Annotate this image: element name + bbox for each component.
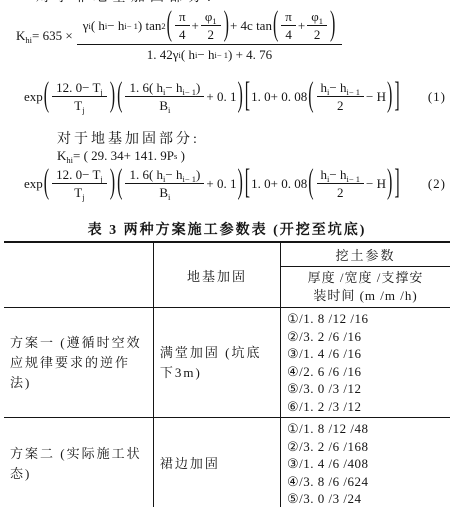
formula-lhs-symbol: Khi — [57, 148, 73, 164]
value-line: ④/3. 8 /6 /624 — [287, 473, 444, 491]
scheme-1-values: ①/1. 8 /12 /16 ②/3. 2 /6 /16 ③/1. 4 /6 /… — [281, 308, 450, 418]
fraction-numerator: 1. 6( hi− hi− 1) — [125, 167, 204, 184]
phi-over-2-fraction: φ12 — [307, 9, 327, 42]
main-fraction-denominator: 1. 42γi( hi− hi− 1) + 4. 76 — [147, 45, 272, 63]
subscript-j: j — [100, 87, 102, 97]
fraction-denominator: 2 — [208, 26, 215, 42]
section-heading-reinforced: 对于地基加固部分: — [57, 128, 200, 148]
table-title: 表 3 两种方案施工参数表 (开挖至坑底) — [0, 219, 454, 239]
main-fraction-numerator: γi( hi− hi− 1) tan2 ( π4 + φ12 ) + 4c ta… — [77, 9, 343, 45]
h-term-open: ( h — [91, 18, 105, 34]
one-plus-008-term: 1. 0+ 0. 08 — [251, 89, 307, 105]
subscript-i-minus-1: i− 1 — [347, 174, 361, 184]
right-paren: ) — [224, 8, 229, 42]
fraction-denominator: 4 — [285, 26, 292, 42]
header-row-top: 地基加固 挖土参数 — [4, 242, 450, 267]
scheme-1-reinforcement: 满堂加固 (坑底下3m) — [153, 308, 280, 418]
right-paren: ) — [387, 166, 392, 200]
fraction-denominator: 2 — [337, 184, 344, 200]
depth-fraction: hi− hi− 12 — [317, 80, 365, 113]
one-plus-008-term: 1. 0+ 0. 08 — [251, 176, 307, 192]
equation-1: exp ( 12. 0− TjTj ) ( 1. 6( hi− hi− 1)Bi… — [24, 80, 446, 113]
phi-over-2-fraction: φ12 — [201, 9, 221, 42]
value-line: ④/2. 6 /6 /16 — [287, 363, 444, 381]
plus-4c-tan: + 4c tan — [230, 18, 272, 34]
formula-khi-definition: Khi= 635 × γi( hi− hi− 1) tan2 ( π4 + φ1… — [16, 9, 448, 63]
header-detail-line2: 装时间 (m /m /h) — [287, 287, 444, 305]
depth-fraction: hi− hi− 12 — [317, 167, 365, 200]
equals-coefficient: = 635 × — [32, 28, 73, 44]
left-paren: ( — [308, 79, 313, 113]
formula-khi-reinforced: Khi = ( 29. 34+ 141. 9Ps ) — [57, 148, 185, 164]
clipped-text: 对于非地基加固部分: — [36, 0, 216, 7]
right-paren: ) — [110, 79, 115, 113]
value-line: ⑤/3. 0 /3 /12 — [287, 380, 444, 398]
scheme-2-label: 方案二 (实际施工状态) — [4, 418, 153, 507]
exp-operator: exp — [24, 176, 43, 192]
plus-01-term: + 0. 1 — [206, 89, 236, 105]
fraction-numerator: π — [281, 9, 296, 26]
left-paren: ( — [167, 8, 172, 42]
right-paren: ) — [387, 79, 392, 113]
value-line: ⑥/1. 2 /3 /12 — [287, 398, 444, 416]
value-line: ⑤/3. 0 /3 /24 — [287, 490, 444, 507]
close-tan: ) tan — [138, 18, 161, 34]
subscript-i-minus-1: i− 1 — [183, 174, 197, 184]
subscript-j: j — [82, 192, 84, 202]
rhs-close: ) — [177, 148, 185, 164]
rhs-expression: = ( 29. 34+ 141. 9P — [73, 148, 174, 164]
plus-01-term: + 0. 1 — [206, 176, 236, 192]
construction-parameters-table: 地基加固 挖土参数 厚度 /宽度 /支撑安 装时间 (m /m /h) 方案一 … — [4, 241, 450, 507]
plus-sign: + — [192, 18, 199, 34]
equation-number-2: (2) — [428, 176, 446, 192]
fraction-denominator: Tj — [74, 184, 84, 200]
scheme-2-values: ①/1. 8 /12 /48 ②/3. 2 /6 /168 ③/1. 4 /6 … — [281, 418, 450, 507]
fraction-numerator: φ1 — [201, 9, 221, 26]
subscript-1: 1 — [212, 16, 216, 26]
right-bracket: ] — [394, 79, 399, 114]
minus-h: − h — [197, 47, 214, 63]
minus-H-term: − H — [366, 89, 386, 105]
subscript-1: 1 — [319, 16, 323, 26]
equation-number-1: (1) — [428, 89, 446, 105]
scheme-1-label: 方案一 (遵循时空效应规律要求的逆作法) — [4, 308, 153, 418]
table-row-scheme-2: 方案二 (实际施工状态) 裙边加固 ①/1. 8 /12 /48 ②/3. 2 … — [4, 418, 450, 507]
den-prefix: 1. 42γ — [147, 47, 179, 63]
subscript-i: i — [168, 192, 170, 202]
den-suffix: ) + 4. 76 — [228, 47, 272, 63]
subscript-i-minus-1: i− 1 — [183, 87, 197, 97]
scheme-2-reinforcement: 裙边加固 — [153, 418, 280, 507]
left-paren: ( — [117, 79, 122, 113]
pi-over-4-fraction: π4 — [281, 9, 296, 42]
paper-page: 对于非地基加固部分: Khi= 635 × γi( hi− hi− 1) tan… — [0, 0, 454, 507]
width-fraction: 1. 6( hi− hi− 1)Bi — [125, 167, 204, 200]
left-paren: ( — [273, 8, 278, 42]
left-paren: ( — [308, 166, 313, 200]
fraction-denominator: Bi — [159, 184, 170, 200]
header-detail-line1: 厚度 /宽度 /支撑安 — [287, 269, 444, 287]
value-line: ②/3. 2 /6 /168 — [287, 438, 444, 456]
subscript-hi: hi — [66, 155, 73, 165]
header-reinforcement: 地基加固 — [153, 242, 280, 308]
fraction-numerator: 12. 0− Tj — [52, 167, 107, 184]
right-paren: ) — [110, 166, 115, 200]
fraction-denominator: 4 — [179, 26, 186, 42]
subscript-i: i — [168, 105, 170, 115]
left-paren: ( — [117, 166, 122, 200]
fraction-numerator: π — [175, 9, 190, 26]
pi-over-4-fraction: π4 — [175, 9, 190, 42]
header-dig-params: 挖土参数 — [281, 242, 450, 267]
value-line: ②/3. 2 /6 /16 — [287, 328, 444, 346]
fraction-denominator: 2 — [314, 26, 321, 42]
value-line: ①/1. 8 /12 /16 — [287, 310, 444, 328]
h-term-open: ( h — [181, 47, 195, 63]
exp-operator: exp — [24, 89, 43, 105]
subscript-hi: hi — [25, 35, 32, 45]
value-line: ③/1. 4 /6 /16 — [287, 345, 444, 363]
fraction-numerator: 1. 6( hi− hi− 1) — [125, 80, 204, 97]
left-bracket: [ — [245, 79, 250, 114]
fraction-numerator: hi− hi− 1 — [317, 80, 365, 97]
right-paren: ) — [237, 166, 242, 200]
right-bracket: ] — [394, 166, 399, 201]
header-dig-params-detail: 厚度 /宽度 /支撑安 装时间 (m /m /h) — [281, 267, 450, 308]
header-scheme-empty — [4, 242, 153, 308]
fraction-numerator: 12. 0− Tj — [52, 80, 107, 97]
right-paren: ) — [330, 8, 335, 42]
fraction-numerator: φ1 — [307, 9, 327, 26]
subscript-j: j — [100, 174, 102, 184]
left-paren: ( — [44, 79, 49, 113]
clipped-text-line: 对于非地基加固部分: — [36, 0, 216, 7]
fraction-denominator: 2 — [337, 97, 344, 113]
table-row-scheme-1: 方案一 (遵循时空效应规律要求的逆作法) 满堂加固 (坑底下3m) ①/1. 8… — [4, 308, 450, 418]
main-fraction: γi( hi− hi− 1) tan2 ( π4 + φ12 ) + 4c ta… — [77, 9, 343, 63]
minus-h: − h — [107, 18, 124, 34]
right-paren: ) — [237, 79, 242, 113]
time-fraction: 12. 0− TjTj — [52, 167, 107, 200]
formula-lhs-symbol: Khi= 635 × — [16, 28, 73, 44]
fraction-denominator: Bi — [159, 97, 170, 113]
left-bracket: [ — [245, 166, 250, 201]
left-paren: ( — [44, 166, 49, 200]
subscript-i-minus-1: i− 1 — [347, 87, 361, 97]
value-line: ③/1. 4 /6 /408 — [287, 455, 444, 473]
plus-sign: + — [298, 18, 305, 34]
minus-H-term: − H — [366, 176, 386, 192]
value-line: ①/1. 8 /12 /48 — [287, 420, 444, 438]
subscript-j: j — [82, 105, 84, 115]
width-fraction: 1. 6( hi− hi− 1)Bi — [125, 80, 204, 113]
fraction-denominator: Tj — [74, 97, 84, 113]
time-fraction: 12. 0− TjTj — [52, 80, 107, 113]
equation-2: exp ( 12. 0− TjTj ) ( 1. 6( hi− hi− 1)Bi… — [24, 167, 446, 200]
fraction-numerator: hi− hi− 1 — [317, 167, 365, 184]
